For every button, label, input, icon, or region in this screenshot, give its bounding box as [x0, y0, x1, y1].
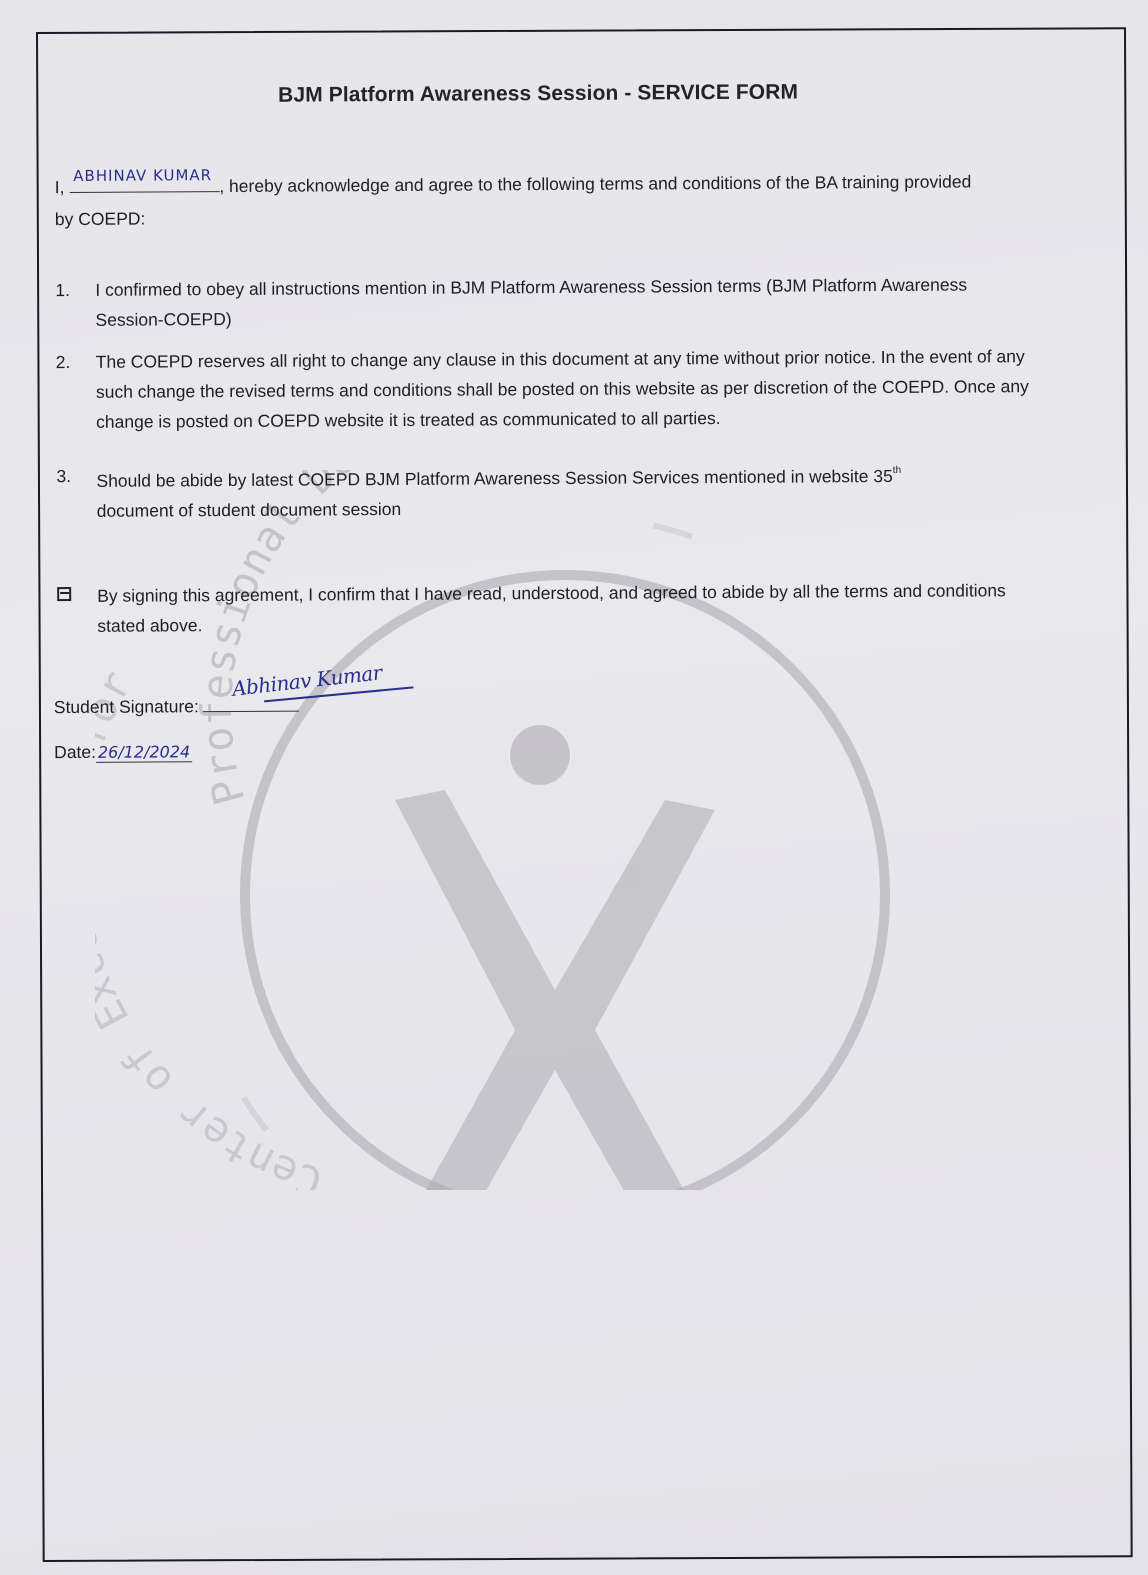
acknowledgement-intro: I, ABHINAV KUMAR, hereby acknowledge and… — [55, 165, 1075, 235]
confirmation-text: By signing this agreement, I confirm tha… — [97, 575, 1047, 641]
confirmation-statement: By signing this agreement, I confirm tha… — [57, 575, 1057, 581]
term-text: The COEPD reserves all right to change a… — [96, 341, 1037, 437]
term-number: 2. — [56, 347, 71, 377]
intro-suffix: , hereby acknowledge and agree to the fo… — [219, 171, 971, 196]
signature-row: Student Signature: — [54, 695, 299, 718]
form-title: BJM Platform Awareness Session - SERVICE… — [278, 81, 798, 108]
term-text: I confirmed to obey all instructions men… — [95, 269, 1035, 335]
intro-line2: by COEPD: — [55, 209, 146, 230]
student-name-field[interactable]: ABHINAV KUMAR — [69, 171, 219, 193]
terms-list: 1. I confirmed to obey all instructions … — [55, 269, 1055, 275]
signature-label: Student Signature: — [54, 696, 199, 717]
date-label: Date: — [54, 742, 96, 762]
term-number: 1. — [55, 275, 70, 305]
date-field[interactable]: 26/12/2024 — [96, 742, 192, 763]
handwritten-signature: Abhinav Kumar — [231, 660, 383, 700]
confirmation-checkbox[interactable] — [57, 587, 71, 601]
term-number: 3. — [56, 461, 71, 491]
student-name-handwritten: ABHINAV KUMAR — [73, 159, 212, 192]
form-content: BJM Platform Awareness Session - SERVICE… — [0, 0, 1148, 1575]
term-item: 1. I confirmed to obey all instructions … — [55, 269, 1055, 275]
term-text: Should be abide by latest COEPD BJM Plat… — [96, 455, 1036, 526]
term-item: 3. Should be abide by latest COEPD BJM P… — [56, 455, 1056, 461]
date-row: Date:26/12/2024 — [54, 741, 192, 763]
term-superscript: th — [893, 465, 901, 476]
term-text-part: Should be abide by latest COEPD BJM Plat… — [96, 466, 892, 491]
term-item: 2. The COEPD reserves all right to chang… — [56, 341, 1056, 347]
term-text-part: document of student document session — [97, 499, 402, 521]
intro-prefix: I, — [55, 177, 65, 197]
